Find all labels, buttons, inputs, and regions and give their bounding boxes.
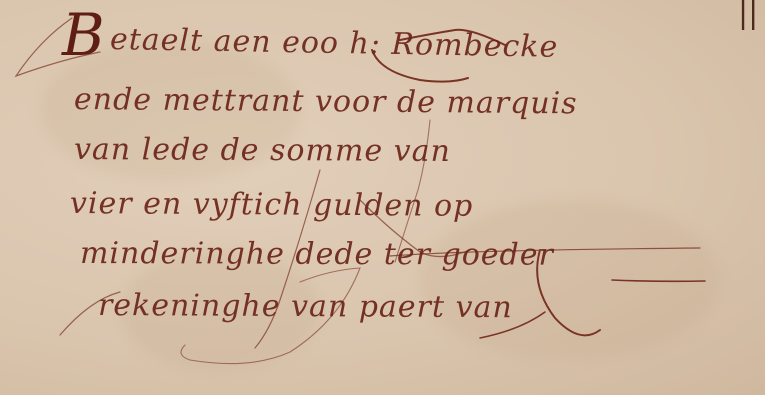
manuscript-line-2: ende mettrant voor de marquis [74, 82, 578, 121]
manuscript-page: || B etaelt aen eoo h: Rombecke ende met… [0, 0, 765, 395]
paper-stain [420, 200, 720, 360]
decorated-initial: B [62, 6, 105, 64]
manuscript-line-4: vier en vyftich gulden op [70, 186, 474, 224]
manuscript-line-6: rekeninghe van paert van [98, 288, 513, 325]
manuscript-line-5: minderinghe dede ter goeder [80, 236, 554, 273]
margin-mark: || [738, 0, 758, 31]
manuscript-line-3: van lede de somme van [74, 132, 451, 169]
